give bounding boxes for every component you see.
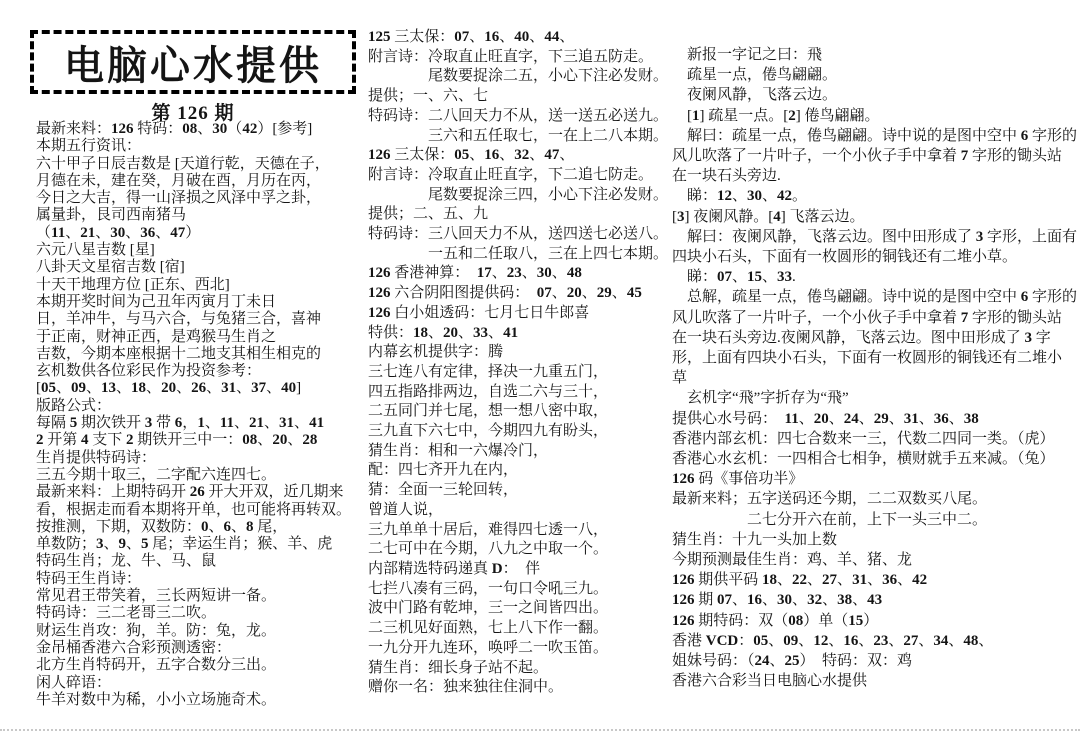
text-line: 解曰：夜阑风静，飞落云边。图中田形成了 3 字形，上面有: [672, 227, 1078, 247]
text-line: 香港 VCD：05、09、12、16、23、27、34、48、: [672, 631, 1078, 651]
text-line: 猜生肖：相和一六爆冷门，: [368, 442, 670, 462]
text-line: 125 三太保：07、16、40、44、: [368, 28, 670, 48]
text-line: 于正南，财神正西，是鸡猴马生肖之: [36, 329, 368, 346]
text-line: 草: [672, 368, 1078, 388]
text-line: 风儿吹落了一片叶子，一个小伙子手中拿着 7 字形的锄头站: [672, 308, 1078, 328]
text-line: 特码生肖；龙、牛、马、鼠: [36, 553, 368, 570]
text-line: 最新来料：上期特码开 26 开大开双，近几期来: [36, 484, 368, 501]
text-line: 六十甲子日辰吉数是 [天道行乾，天德在子，: [36, 156, 368, 173]
text-line: 特码王生肖诗：: [36, 571, 368, 588]
text-line: 解曰：疏星一点，倦鸟翩翩。诗中说的是图中空中 6 字形的: [672, 126, 1078, 146]
text-line: 玄机数供各位彩民作为投资参考：: [36, 363, 368, 380]
text-line: 单数防；3、9、5 尾；幸运生肖；猴、羊、虎: [36, 536, 368, 553]
text-line: 三六和五任取七，一在上二八本期。: [368, 127, 670, 147]
text-line: 四五指路排两边，自选二六与三十，: [368, 383, 670, 403]
text-line: 吉数，今期本座根据十二地支其相生相克的: [36, 346, 368, 363]
text-line: 126 码《事倍功半》: [672, 469, 1078, 489]
text-line: 今期预测最佳生肖：鸡、羊、猪、龙: [672, 550, 1078, 570]
left-column-text: 最新来料：126 特码：08、30（42）[参考]本期五行资讯：六十甲子日辰吉数…: [36, 121, 368, 709]
text-line: 财运生肖攻：狗，羊。防：兔，龙。: [36, 623, 368, 640]
text-line: 附言诗：冷取直止旺直字，下三追五防走。: [368, 48, 670, 68]
page-title: 电脑心水提供: [64, 34, 322, 91]
text-line: 二五同门并七尾，想一想八密中取，: [368, 402, 670, 422]
text-line: 玄机字“飛”字折存为“飛”: [672, 388, 1078, 408]
text-line: 在一块石头旁边.夜阑风静，飞落云边。图中田形成了 3 字: [672, 328, 1078, 348]
text-line: 今日之大吉，得一山泽损之风泽中孚之卦，: [36, 190, 368, 207]
text-line: 常见君王带笑着，三长两短讲一备。: [36, 588, 368, 605]
text-line: 日，羊冲牛，与马六合，与兔猪三合，喜神: [36, 311, 368, 328]
text-line: 配：四七齐开九在内，: [368, 461, 670, 481]
text-line: 126 六合阴阳图提供码： 07、20、29、45: [368, 284, 670, 304]
text-line: 四块小石头，下面有一枚圆形的铜钱还有二堆小草。: [672, 247, 1078, 267]
text-line: 附言诗：冷取直止旺直字，下二追七防走。: [368, 166, 670, 186]
text-line: 波中门路有乾坤，三一之间皆四出。: [368, 599, 670, 619]
text-line: 姐妹号码：（24、25） 特码：双：鸡: [672, 651, 1078, 671]
text-line: 香港六合彩当日电脑心水提供: [672, 671, 1078, 691]
text-line: 126 期 07、16、30、32、38、43: [672, 590, 1078, 610]
text-line: 内部精选特码递真 D： 伴: [368, 560, 670, 580]
text-line: 二七分开六在前，上下一头三中二。: [672, 510, 1078, 530]
text-line: 猜生肖：十九一头加上数: [672, 530, 1078, 550]
text-line: 126 三太保：05、16、32、47、: [368, 146, 670, 166]
text-line: [05、09、13、18、20、26、31、37、40]: [36, 380, 368, 397]
text-line: 新报一字记之曰：飛: [672, 45, 1078, 65]
text-line: 八卦天文星宿吉数 [宿]: [36, 259, 368, 276]
text-line: 特码诗：二八回天力不从，送一送五必送九。: [368, 107, 670, 127]
text-line: 牛羊对数中为稀，小小立场施奇术。: [36, 692, 368, 709]
text-line: 每隔 5 期次铁开 3 带 6，1、11、21、31、41: [36, 415, 368, 432]
text-line: 最新来料；五字送码还今期，二二双数买八尾。: [672, 489, 1078, 509]
right-column-text: 新报一字记之曰：飛 疏星一点，倦鸟翩翩。 夜阑风静，飞落云边。 [1] 疏星一点…: [672, 45, 1078, 692]
middle-column-text: 125 三太保：07、16、40、44、附言诗：冷取直止旺直字，下三追五防走。 …: [368, 28, 670, 698]
text-line: 七拦八凑有三码，一句口令吼三九。: [368, 580, 670, 600]
text-line: 最新来料：126 特码：08、30（42）[参考]: [36, 121, 368, 138]
text-line: 香港内部玄机：四七合数来一三，代数二四同一类。（虎）: [672, 429, 1078, 449]
text-line: 一五和二任取八，三在上四七本期。: [368, 245, 670, 265]
text-line: 126 白小姐透码：七月七日牛郎喜: [368, 304, 670, 324]
text-line: （11、21、30、36、47）: [36, 225, 368, 242]
text-line: 提供；一、六、七: [368, 87, 670, 107]
text-line: 尾数要捉涂三四，小心下注必发财。: [368, 186, 670, 206]
text-line: 三九单单十居后，难得四七透一八，: [368, 521, 670, 541]
text-line: 提供心水号码： 11、20、24、29、31、36、38: [672, 409, 1078, 429]
text-line: 曾道人说，: [368, 501, 670, 521]
text-line: 猜生肖：细长身子站不起。: [368, 659, 670, 679]
text-line: 猜：全面一三轮回转，: [368, 481, 670, 501]
text-line: 按推测，下期，双数防：0、6、8 尾，: [36, 519, 368, 536]
text-line: 特码诗：三八回天力不从，送四送七必送八。: [368, 225, 670, 245]
text-line: 三七连八有定律，择决一九重五门，: [368, 363, 670, 383]
text-line: 月德在未，建在癸，月破在酉，月历在丙，: [36, 173, 368, 190]
text-line: 北方生肖特码开，五字合数分三出。: [36, 657, 368, 674]
text-line: 睇：07、15、33.: [672, 267, 1078, 287]
text-line: 特供：18、20、33、41: [368, 324, 670, 344]
text-line: 一九分开九连环，唤呼二一吹玉笛。: [368, 639, 670, 659]
text-line: 特码诗：三二老哥三二吹。: [36, 605, 368, 622]
text-line: [3] 夜阑风静。[4] 飞落云边。: [672, 207, 1078, 227]
text-line: 属量卦，艮司西南猪马: [36, 207, 368, 224]
text-line: 126 期供平码 18、22、27、31、36、42: [672, 570, 1078, 590]
text-line: 本期五行资讯：: [36, 138, 368, 155]
text-line: 疏星一点，倦鸟翩翩。: [672, 65, 1078, 85]
text-line: 生肖提供特码诗：: [36, 450, 368, 467]
text-line: 六元八星吉数 [星]: [36, 242, 368, 259]
text-line: 二七可中在今期，八九之中取一个。: [368, 540, 670, 560]
text-line: [1] 疏星一点。[2] 倦鸟翩翩。: [672, 106, 1078, 126]
lottery-tip-sheet: 电脑心水提供 第 126 期 最新来料：126 特码：08、30（42）[参考]…: [0, 0, 1080, 732]
text-line: 126 期特码：双（08）单（15）: [672, 611, 1078, 631]
text-line: 香港心水玄机：一四相合七相争，横财就手五来减。（兔）: [672, 449, 1078, 469]
text-line: 126 香港神算： 17、23、30、48: [368, 264, 670, 284]
text-line: 金吊桶香港六合彩预测透密：: [36, 640, 368, 657]
text-line: 本期开奖时间为己丑年丙寅月丁未日: [36, 294, 368, 311]
text-line: 十天干地理方位 [正东、西北]: [36, 277, 368, 294]
text-line: 提供；二、五、九: [368, 205, 670, 225]
text-line: 形，上面有四块小石头，下面有一枚圆形的铜钱还有二堆小: [672, 348, 1078, 368]
text-line: 风儿吹落了一片叶子，一个小伙子手中拿着 7 字形的锄头站: [672, 146, 1078, 166]
text-line: 睇：12、30、42。: [672, 186, 1078, 206]
title-box: 电脑心水提供: [30, 30, 356, 94]
text-line: 在一块石头旁边.: [672, 166, 1078, 186]
text-line: 版路公式：: [36, 398, 368, 415]
text-line: 闲人碎语：: [36, 675, 368, 692]
text-line: 尾数要捉涂二五，小心下注必发财。: [368, 67, 670, 87]
text-line: 内幕玄机提供字：腾: [368, 343, 670, 363]
text-line: 看，根据走而看本期将开单，也可能将再转双。: [36, 502, 368, 519]
text-line: 夜阑风静，飞落云边。: [672, 85, 1078, 105]
text-line: 二三机见好面熟，七上八下作一翻。: [368, 619, 670, 639]
text-line: 赠你一名：独来独往住洞中。: [368, 678, 670, 698]
text-line: 三五今期十取三，二字配六连四七。: [36, 467, 368, 484]
text-line: 三九直下六七中，今期四九有盼头，: [368, 422, 670, 442]
text-line: 总解，疏星一点，倦鸟翩翩。诗中说的是图中空中 6 字形的: [672, 287, 1078, 307]
text-line: 2 开第 4 支下 2 期铁开三中一：08、20、28: [36, 432, 368, 449]
